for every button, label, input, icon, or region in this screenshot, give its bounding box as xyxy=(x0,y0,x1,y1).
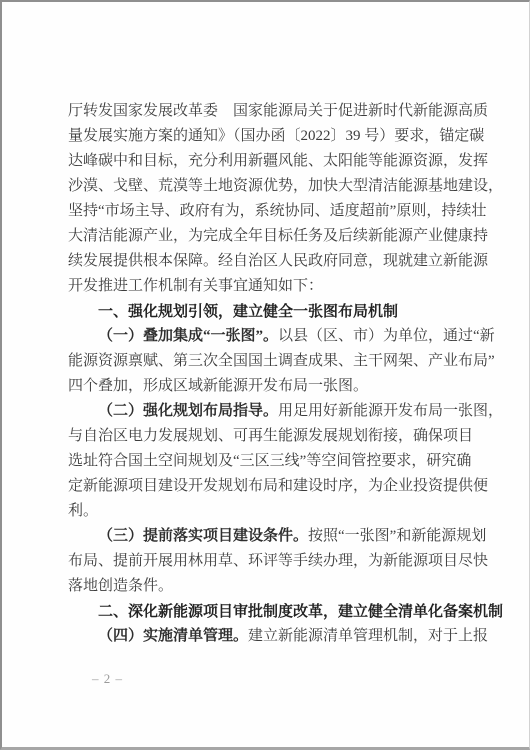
text-line: 选址符合国土空间规划及“三区三线”等空间管控要求，研究确 xyxy=(68,449,490,474)
paragraph-lead: （一）叠加集成“一张图”。 xyxy=(98,328,278,344)
text-line: 大清洁能源产业，为完成全年目标任务及后续新能源产业健康持 xyxy=(68,224,490,249)
section-heading-2: 二、深化新能源项目审批制度改革，建立健全清单化备案机制 xyxy=(68,599,490,624)
paragraph-first-line: （四）实施清单管理。建立新能源清单管理机制，对于上报 xyxy=(68,624,490,649)
text-line: 定新能源项目建设开发规划布局和建设时序，为企业投资提供便 xyxy=(68,474,490,499)
text-line: 开发推进工作机制有关事宜通知如下： xyxy=(68,274,490,299)
document-page: 厅转发国家发展改革委 国家能源局关于促进新时代新能源高质 量发展实施方案的通知》… xyxy=(0,0,530,750)
text-line: 量发展实施方案的通知》（国办函〔2022〕39 号）要求，锚定碳 xyxy=(68,124,490,149)
paragraph-lead: （二）强化规划布局指导。 xyxy=(98,403,278,419)
text-line: 与自治区电力发展规划、可再生能源发展规划衔接，确保项目 xyxy=(68,424,490,449)
text-line: 落地创造条件。 xyxy=(68,574,490,599)
paragraph-text: 按照“一张图”和新能源规划 xyxy=(308,528,486,544)
text-line: 四个叠加，形成区域新能源开发布局一张图。 xyxy=(68,374,490,399)
text-line: 利。 xyxy=(68,499,490,524)
text-line: 厅转发国家发展改革委 国家能源局关于促进新时代新能源高质 xyxy=(68,99,490,124)
section-heading-1: 一、强化规划引领，建立健全一张图布局机制 xyxy=(68,299,490,324)
page-number: – 2 – xyxy=(92,670,123,688)
paragraph-text: 建立新能源清单管理机制，对于上报 xyxy=(248,628,488,644)
text-line: 能源资源禀赋、第三次全国国土调查成果、主干网架、产业布局” xyxy=(68,349,490,374)
paragraph-lead: （三）提前落实项目建设条件。 xyxy=(98,528,308,544)
text-line: 达峰碳中和目标，充分利用新疆风能、太阳能等能源资源，发挥 xyxy=(68,149,490,174)
document-text-block: 厅转发国家发展改革委 国家能源局关于促进新时代新能源高质 量发展实施方案的通知》… xyxy=(68,99,490,649)
text-line: 布局、提前开展用林用草、环评等手续办理，为新能源项目尽快 xyxy=(68,549,490,574)
paragraph-text: 用足用好新能源开发布局一张图， xyxy=(278,403,503,419)
paragraph-first-line: （二）强化规划布局指导。用足用好新能源开发布局一张图， xyxy=(68,399,490,424)
paragraph-first-line: （三）提前落实项目建设条件。按照“一张图”和新能源规划 xyxy=(68,524,490,549)
paragraph-text: 以县（区、市）为单位，通过“新 xyxy=(278,328,495,344)
text-line: 坚持“市场主导、政府有为，系统协同、适度超前”原则，持续壮 xyxy=(68,199,490,224)
paragraph-first-line: （一）叠加集成“一张图”。以县（区、市）为单位，通过“新 xyxy=(68,324,490,349)
text-line: 续发展提供根本保障。经自治区人民政府同意，现就建立新能源 xyxy=(68,249,490,274)
paragraph-lead: （四）实施清单管理。 xyxy=(98,628,248,644)
text-line: 沙漠、戈壁、荒漠等土地资源优势，加快大型清洁能源基地建设， xyxy=(68,174,490,199)
